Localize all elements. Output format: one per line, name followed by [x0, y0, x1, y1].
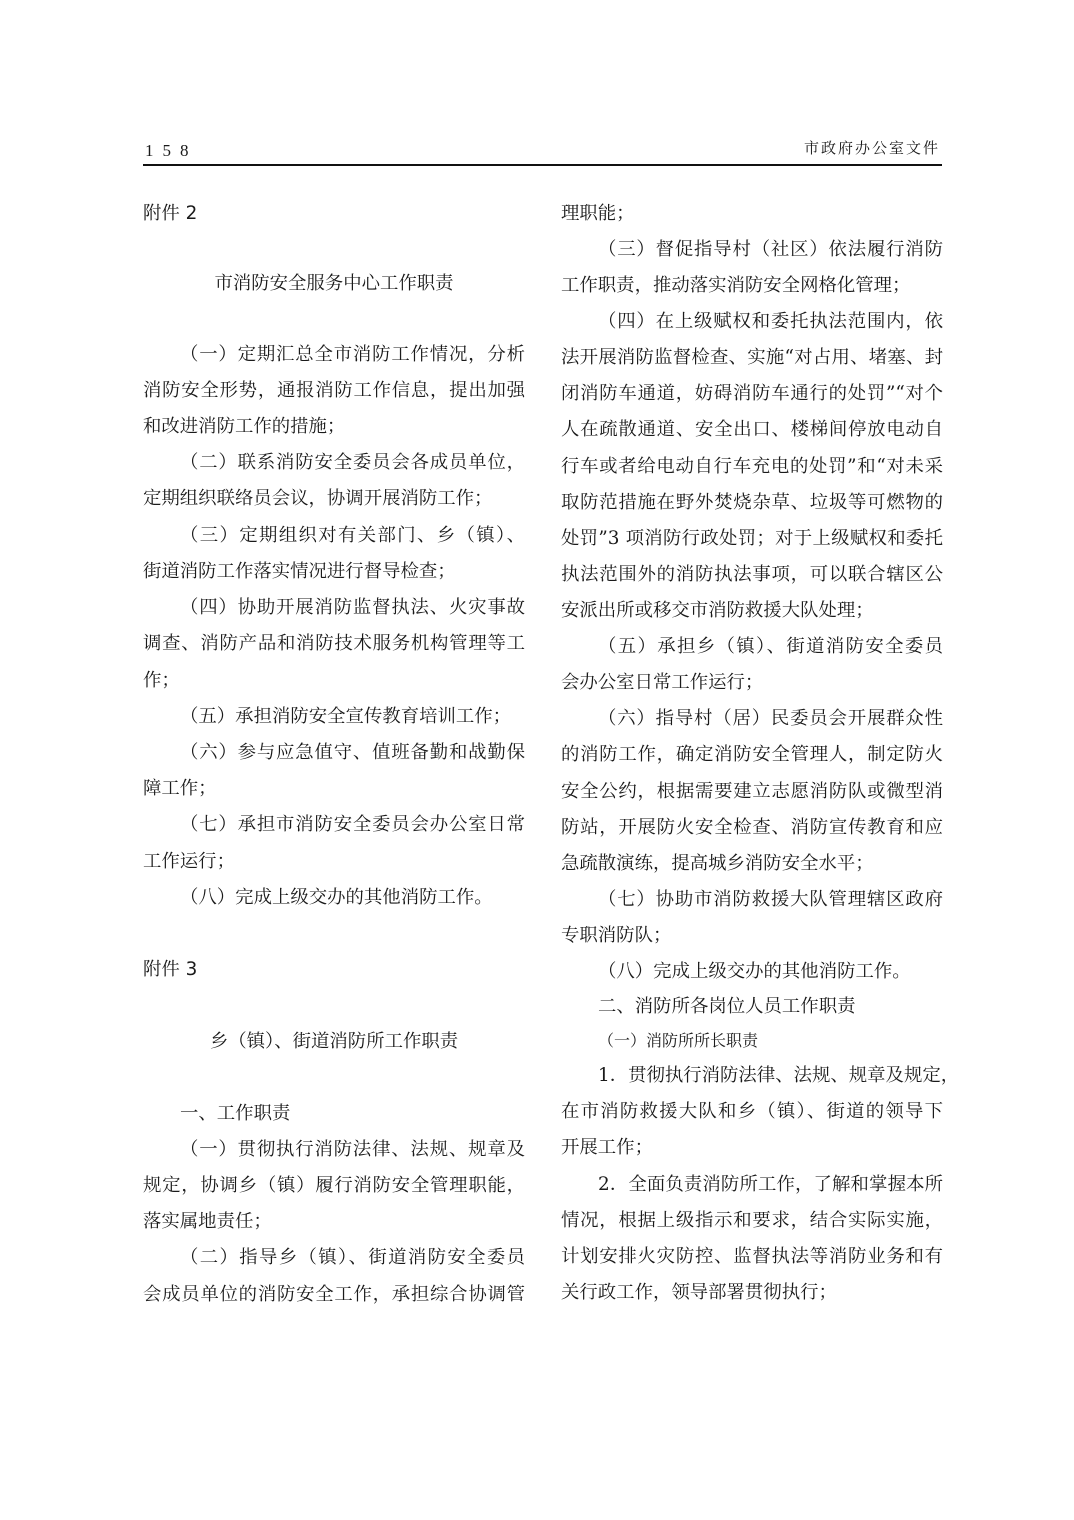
body-line: 急疏散演练，提高城乡消防安全水平；: [561, 849, 943, 879]
attachment-2-title: 市消防安全服务中心工作职责: [143, 269, 525, 299]
body-line: 街道消防工作落实情况进行督导检查；: [143, 557, 525, 587]
body-line: 计划安排火灾防控、监督执法等消防业务和有: [561, 1242, 943, 1272]
body-line: 工作职责，推动落实消防安全网格化管理；: [561, 271, 943, 301]
body-line: （五）承担消防安全宣传教育培训工作；: [143, 702, 525, 732]
body-line: （八）完成上级交办的其他消防工作。: [143, 883, 525, 913]
body-line: 2．全面负责消防所工作，了解和掌握本所: [561, 1170, 943, 1200]
body-line: 会成员单位的消防安全工作，承担综合协调管: [143, 1280, 525, 1310]
body-line: （四）协助开展消防监督执法、火灾事故: [143, 593, 525, 623]
body-line: 安派出所或移交市消防救援大队处理；: [561, 596, 943, 626]
section-heading-work-duties: 一、工作职责: [143, 1099, 525, 1129]
body-line: 工作运行；: [143, 847, 525, 877]
body-line: 行车或者给电动自行车充电的处罚”和“对未采: [561, 452, 943, 482]
body-line: 取防范措施在野外焚烧杂草、垃圾等可燃物的: [561, 488, 943, 518]
body-line: 会办公室日常工作运行；: [561, 668, 943, 698]
body-line: 法开展消防监督检查、实施“对占用、堵塞、封: [561, 343, 943, 373]
body-line: 情况，根据上级指示和要求，结合实际实施，: [561, 1206, 943, 1236]
body-line: 专职消防队；: [561, 921, 943, 951]
body-line: （六）指导村（居）民委员会开展群众性: [561, 704, 943, 734]
body-line: 落实属地责任；: [143, 1207, 525, 1237]
body-line: （七）承担市消防安全委员会办公室日常: [143, 810, 525, 840]
body-line: 的消防工作，确定消防安全管理人，制定防火: [561, 740, 943, 770]
body-line: 人在疏散通道、安全出口、楼梯间停放电动自: [561, 415, 943, 445]
header-rule: [143, 164, 942, 166]
document-page: 158 市政府办公室文件 附件 2 市消防安全服务中心工作职责 （一）定期汇总全…: [0, 0, 1074, 1520]
body-line: 定期组织联络员会议，协调开展消防工作；: [143, 484, 525, 514]
body-line: （一）贯彻执行消防法律、法规、规章及: [143, 1135, 525, 1165]
body-line: （二）指导乡（镇）、街道消防安全委员: [143, 1243, 525, 1273]
body-line: 和改进消防工作的措施；: [143, 412, 525, 442]
body-line: 规定，协调乡（镇）履行消防安全管理职能，: [143, 1171, 525, 1201]
body-line: 理职能；: [561, 199, 943, 229]
body-line: （五）承担乡（镇）、街道消防安全委员: [561, 632, 943, 662]
attachment-2-label: 附件 2: [143, 199, 525, 229]
body-line: 消防安全形势，通报消防工作信息，提出加强: [143, 376, 525, 406]
body-line: （一）定期汇总全市消防工作情况，分析: [143, 340, 525, 370]
body-line: 障工作；: [143, 774, 525, 804]
body-line: （七）协助市消防救援大队管理辖区政府: [561, 885, 943, 915]
body-line: （二）联系消防安全委员会各成员单位，: [143, 448, 525, 478]
body-line: 调查、消防产品和消防技术服务机构管理等工: [143, 629, 525, 659]
body-line: 处罚”3 项消防行政处罚；对于上级赋权和委托: [561, 524, 943, 554]
body-line: 防站，开展防火安全检查、消防宣传教育和应: [561, 813, 943, 843]
body-line: （三）定期组织对有关部门、乡（镇）、: [143, 521, 525, 551]
body-line: （四）在上级赋权和委托执法范围内，依: [561, 307, 943, 337]
body-line: 开展工作；: [561, 1133, 943, 1163]
body-line: （六）参与应急值守、值班备勤和战勤保: [143, 738, 525, 768]
subsection-heading-director-duties: （一）消防所所长职责: [561, 1026, 943, 1056]
body-line: 安全公约，根据需要建立志愿消防队或微型消: [561, 777, 943, 807]
attachment-3-title: 乡（镇）、街道消防所工作职责: [143, 1027, 525, 1057]
body-line: （八）完成上级交办的其他消防工作。: [561, 957, 943, 987]
section-heading-staff-duties: 二、消防所各岗位人员工作职责: [561, 992, 943, 1022]
body-line: 1．贯彻执行消防法律、法规、规章及规定，: [561, 1061, 943, 1091]
body-line: 在市消防救援大队和乡（镇）、街道的领导下: [561, 1097, 943, 1127]
page-number: 158: [145, 141, 198, 161]
body-line: 闭消防车通道，妨碍消防车通行的处罚”“对个: [561, 379, 943, 409]
body-line: （三）督促指导村（社区）依法履行消防: [561, 235, 943, 265]
body-line: 执法范围外的消防执法事项，可以联合辖区公: [561, 560, 943, 590]
running-header-title: 市政府办公室文件: [804, 137, 940, 158]
attachment-3-label: 附件 3: [143, 955, 525, 985]
body-line: 关行政工作，领导部署贯彻执行；: [561, 1278, 943, 1308]
body-line: 作；: [143, 666, 525, 696]
